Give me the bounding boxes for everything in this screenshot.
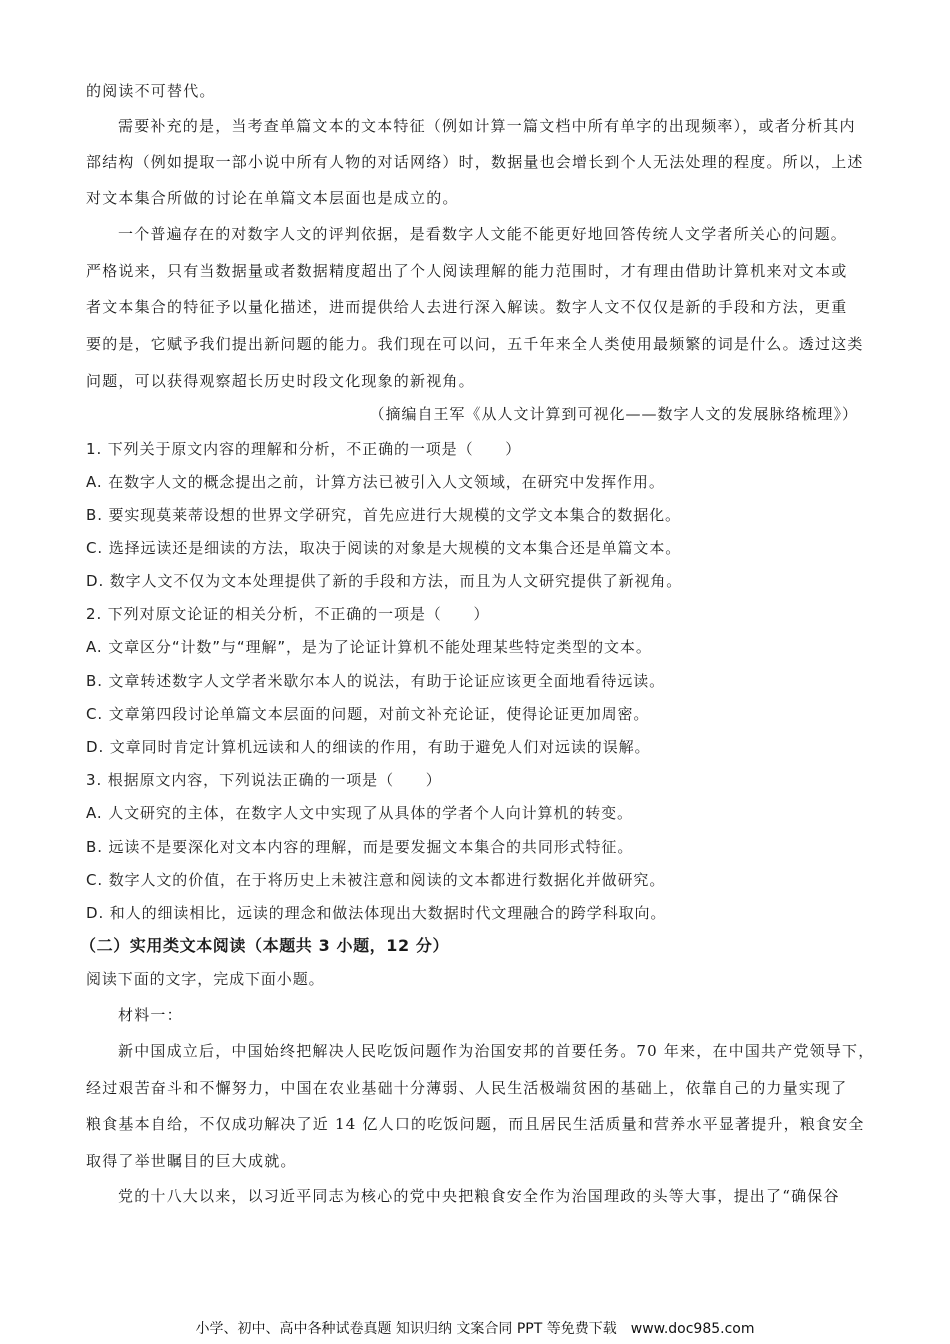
question-3-option-d: D. 和人的细读相比，远读的理念和做法体现出大数据时代文理融合的跨学科取向。 bbox=[86, 903, 666, 923]
passage-line: 的阅读不可替代。 bbox=[86, 81, 216, 101]
question-1-stem: 1. 下列关于原文内容的理解和分析，不正确的一项是（ ） bbox=[86, 439, 521, 459]
footer-promo-text: 小学、初中、高中各种试卷真题 知识归纳 文案合同 PPT 等免费下载 bbox=[196, 1321, 617, 1337]
question-2-option-c: C. 文章第四段讨论单篇文本层面的问题，对前文补充论证，使得论证更加周密。 bbox=[86, 704, 649, 724]
material-line: 粮食基本自给，不仅成功解决了近 14 亿人口的吃饭问题，而且居民生活质量和营养水… bbox=[86, 1114, 865, 1134]
passage-source-citation: （摘编自王军《从人文计算到可视化——数字人文的发展脉络梳理》） bbox=[369, 404, 858, 424]
passage-line: 对文本集合所做的讨论在单篇文本层面也是成立的。 bbox=[86, 188, 459, 208]
section-heading: （二）实用类文本阅读（本题共 3 小题，12 分） bbox=[80, 936, 449, 956]
question-2-option-a: A. 文章区分“计数”与“理解”，是为了论证计算机不能处理某些特定类型的文本。 bbox=[86, 637, 652, 657]
footer-url-link[interactable]: www.doc985.com bbox=[631, 1321, 755, 1337]
passage-line: 部结构（例如提取一部小说中所有人物的对话网络）时，数据量也会增长到个人无法处理的… bbox=[86, 152, 864, 172]
question-1-option-b: B. 要实现莫莱蒂设想的世界文学研究，首先应进行大规模的文学文本集合的数据化。 bbox=[86, 505, 681, 525]
passage-paragraph-start: 一个普遍存在的对数字人文的评判依据，是看数字人文能不能更好地回答传统人文学者所关… bbox=[118, 224, 847, 244]
passage-line: 问题，可以获得观察超长历史时段文化现象的新视角。 bbox=[86, 371, 475, 391]
document-page: 的阅读不可替代。 需要补充的是，当考查单篇文本的文本特征（例如计算一篇文档中所有… bbox=[0, 0, 950, 1344]
section-instruction: 阅读下面的文字，完成下面小题。 bbox=[86, 969, 325, 989]
question-3-option-c: C. 数字人文的价值，在于将历史上未被注意和阅读的文本都进行数据化并做研究。 bbox=[86, 870, 665, 890]
material-line: 取得了举世瞩目的巨大成就。 bbox=[86, 1151, 297, 1171]
question-3-option-a: A. 人文研究的主体，在数字人文中实现了从具体的学者个人向计算机的转变。 bbox=[86, 803, 633, 823]
passage-line: 严格说来，只有当数据量或者数据精度超出了个人阅读理解的能力范围时，才有理由借助计… bbox=[86, 261, 847, 281]
question-1-option-a: A. 在数字人文的概念提出之前，计算方法已被引入人文领域，在研究中发挥作用。 bbox=[86, 472, 665, 492]
question-2-stem: 2. 下列对原文论证的相关分析，不正确的一项是（ ） bbox=[86, 604, 489, 624]
question-3-option-b: B. 远读不是要深化对文本内容的理解，而是要发掘文本集合的共同形式特征。 bbox=[86, 837, 633, 857]
passage-paragraph-start: 需要补充的是，当考查单篇文本的文本特征（例如计算一篇文档中所有单字的出现频率），… bbox=[118, 116, 856, 136]
material-line: 经过艰苦奋斗和不懈努力，中国在农业基础十分薄弱、人民生活极端贫困的基础上，依靠自… bbox=[86, 1078, 847, 1098]
passage-line: 者文本集合的特征予以量化描述，进而提供给人去进行深入解读。数字人文不仅仅是新的手… bbox=[86, 297, 847, 317]
question-1-option-c: C. 选择远读还是细读的方法，取决于阅读的对象是大规模的文本集合还是单篇文本。 bbox=[86, 538, 681, 558]
question-2-option-b: B. 文章转述数字人文学者米歇尔本人的说法，有助于论证应该更全面地看待远读。 bbox=[86, 671, 665, 691]
page-footer: 小学、初中、高中各种试卷真题 知识归纳 文案合同 PPT 等免费下载www.do… bbox=[0, 1318, 950, 1338]
material-label: 材料一： bbox=[118, 1005, 183, 1025]
question-3-stem: 3. 根据原文内容，下列说法正确的一项是（ ） bbox=[86, 770, 442, 790]
passage-line: 要的是，它赋予我们提出新问题的能力。我们现在可以问，五千年来全人类使用最频繁的词… bbox=[86, 334, 864, 354]
material-paragraph-start: 新中国成立后，中国始终把解决人民吃饭问题作为治国安邦的首要任务。70 年来，在中… bbox=[118, 1041, 874, 1061]
material-paragraph-start: 党的十八大以来，以习近平同志为核心的党中央把粮食安全作为治国理政的头等大事，提出… bbox=[118, 1186, 840, 1206]
question-2-option-d: D. 文章同时肯定计算机远读和人的细读的作用，有助于避免人们对远读的误解。 bbox=[86, 737, 650, 757]
question-1-option-d: D. 数字人文不仅为文本处理提供了新的手段和方法，而且为人文研究提供了新视角。 bbox=[86, 571, 682, 591]
